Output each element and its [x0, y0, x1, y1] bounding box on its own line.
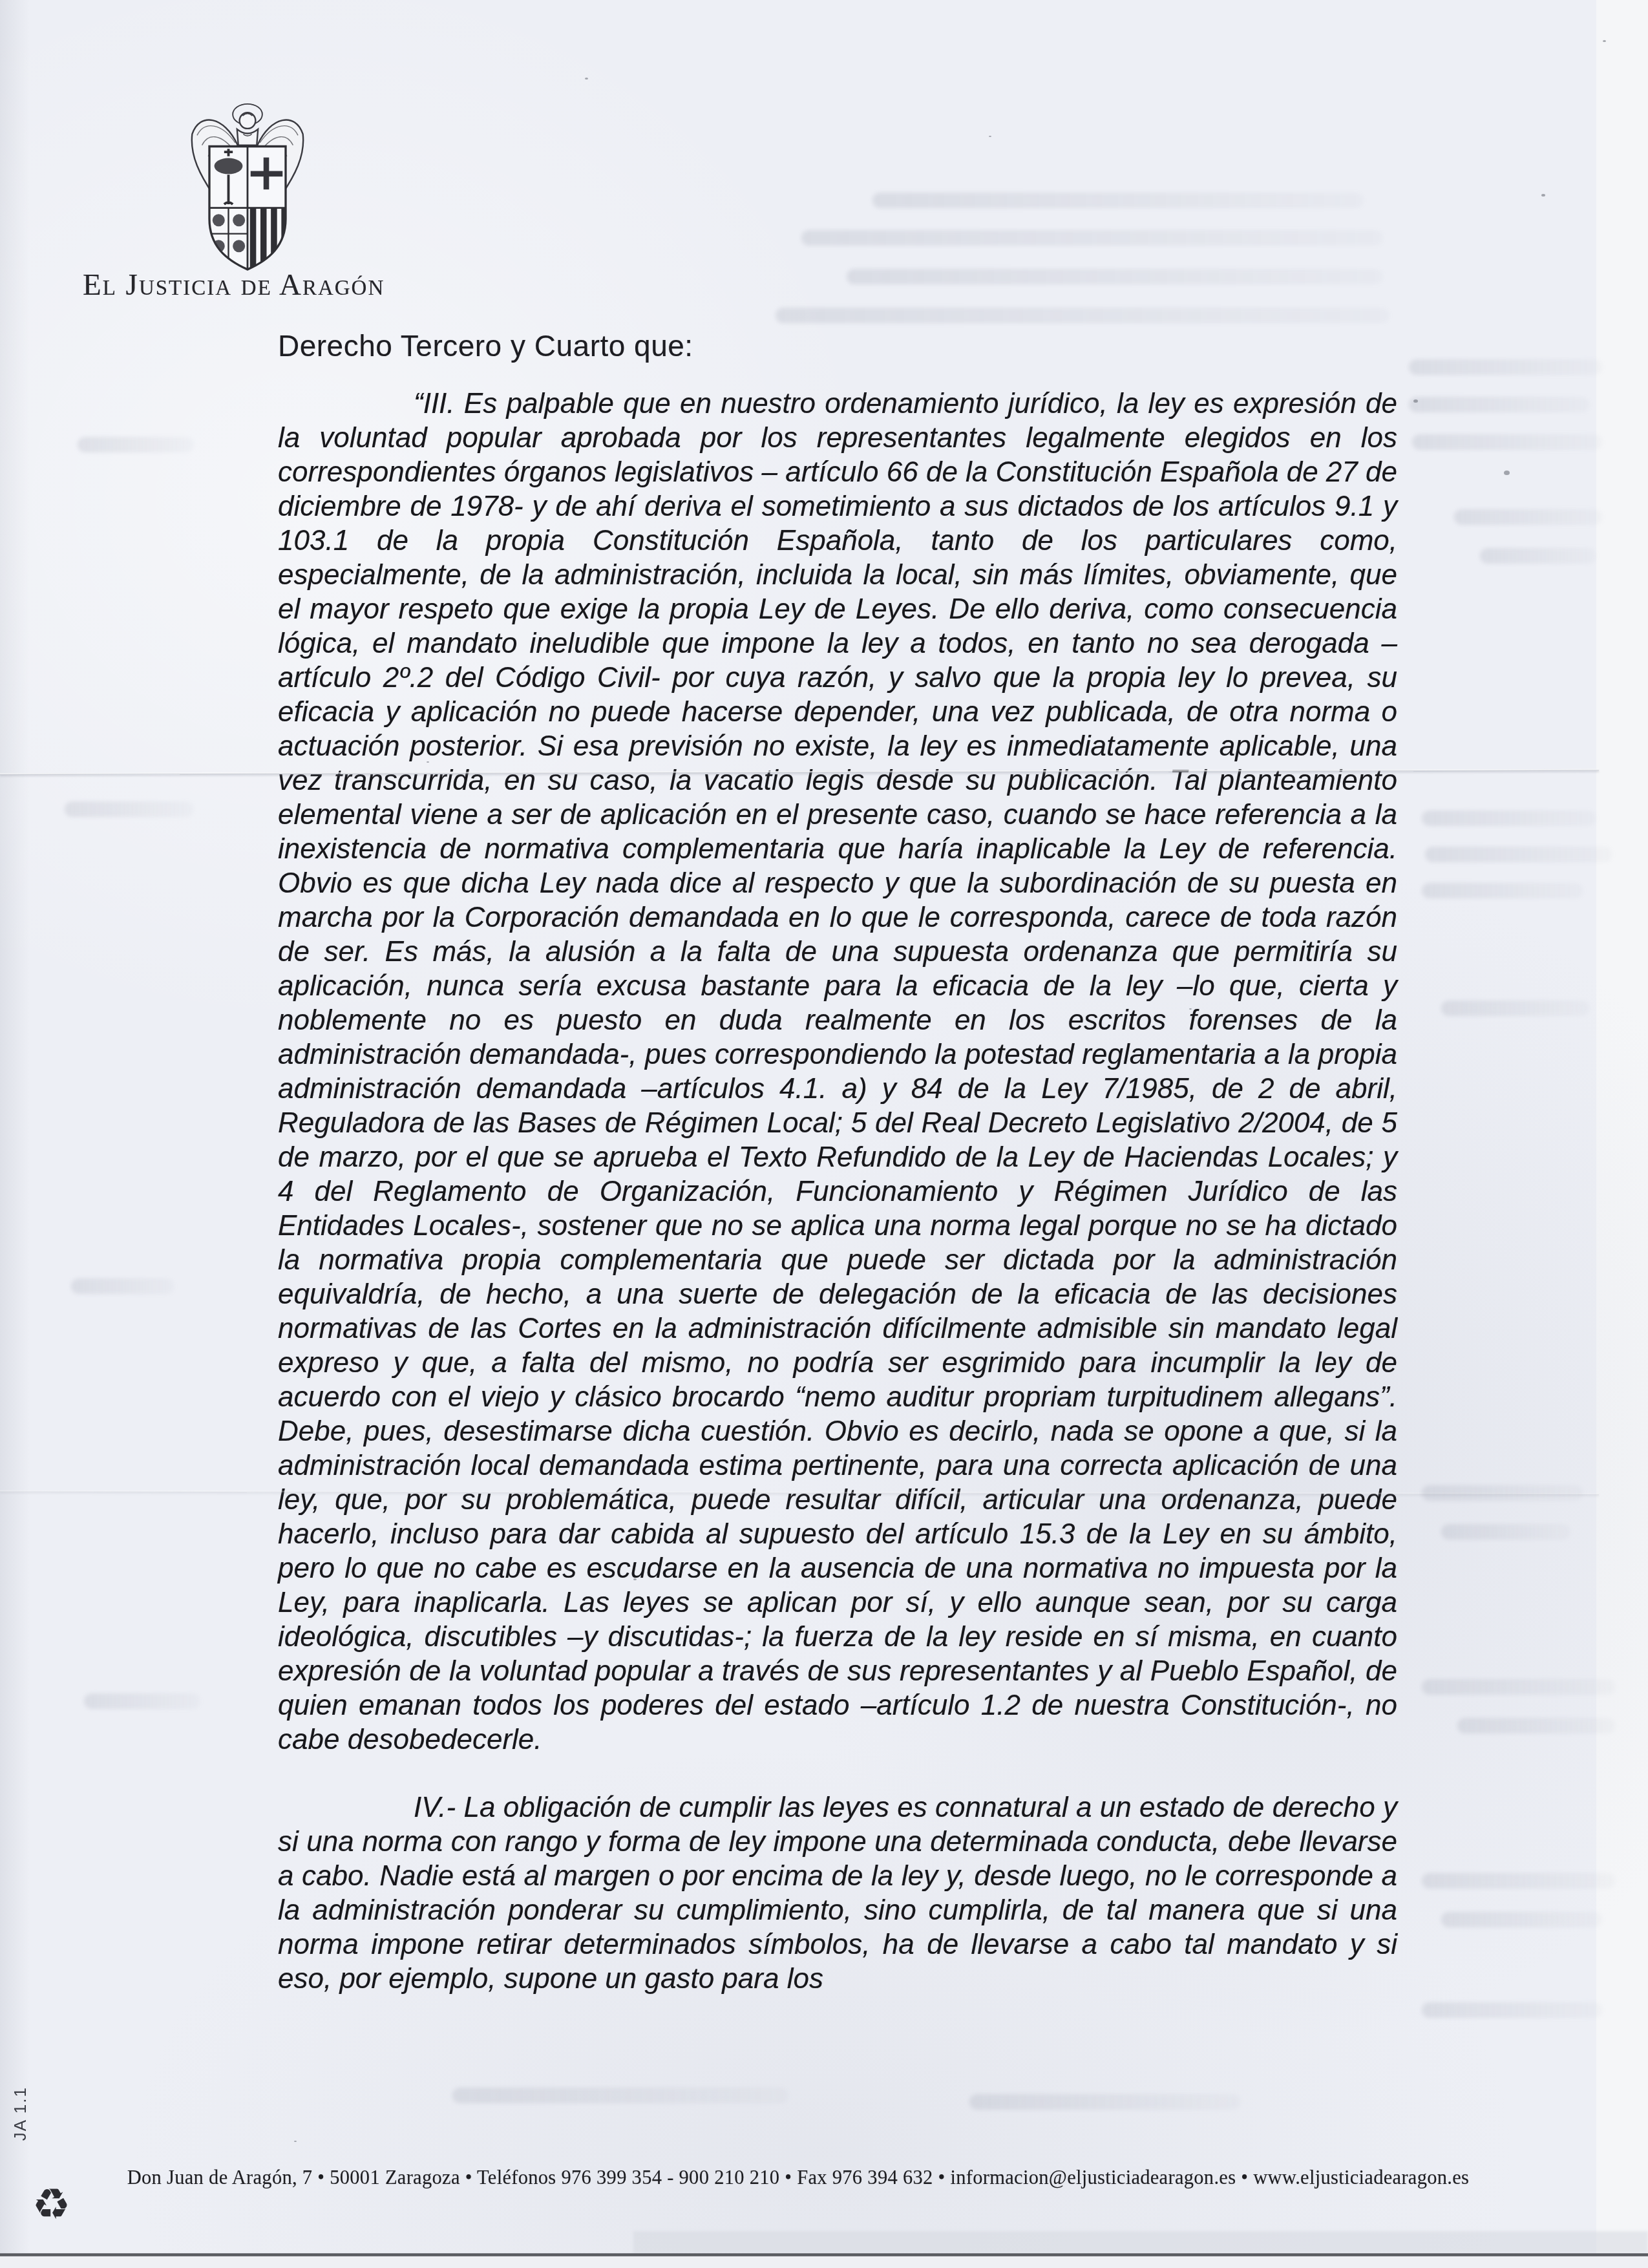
bleed-through-smudge	[65, 801, 194, 817]
bleed-through-smudge	[776, 308, 1389, 323]
scanner-background-strip	[1596, 0, 1648, 2268]
bleed-through-smudge	[1457, 1718, 1616, 1733]
bleed-through-smudge	[847, 269, 1383, 284]
bleed-through-smudge	[1422, 1873, 1616, 1889]
paper-speck	[294, 2141, 297, 2142]
document-body: “III. Es palpable que en nuestro ordenam…	[278, 387, 1397, 1996]
bleed-through-smudge	[1422, 883, 1583, 898]
scanner-background-bottom	[0, 2256, 1648, 2268]
paper-speck	[989, 136, 991, 137]
bleed-through-smudge	[1412, 434, 1603, 450]
bleed-through-smudge	[84, 1693, 200, 1709]
bleed-through-smudge	[78, 437, 194, 452]
bleed-through-smudge	[71, 1278, 174, 1294]
bleed-through-smudge	[1422, 811, 1596, 826]
bleed-through-smudge	[872, 193, 1364, 208]
paper-speck	[1541, 194, 1545, 196]
bleed-through-smudge	[1409, 359, 1603, 375]
bleed-through-smudge	[1441, 1912, 1603, 1927]
paper-speck	[585, 78, 588, 79]
bleed-through-smudge	[452, 2088, 788, 2103]
bleed-through-smudge	[801, 230, 1383, 246]
margin-doc-code: JA 1.1	[10, 2086, 30, 2141]
bleed-through-smudge	[1441, 1524, 1570, 1540]
bleed-through-smudge	[969, 2094, 1241, 2110]
org-wordmark: El Justicia de Aragón	[83, 268, 535, 302]
paragraph-iii: “III. Es palpable que en nuestro ordenam…	[278, 387, 1397, 1757]
paper-speck	[1413, 399, 1418, 403]
bleed-through-smudge	[1480, 548, 1596, 564]
paper-speck	[1189, 1008, 1192, 1010]
bleed-through-smudge	[1422, 1485, 1583, 1501]
scanned-document-page: El Justicia de Aragón Derecho Tercero y …	[0, 0, 1648, 2268]
paper-speck	[633, 1578, 637, 1580]
bleed-through-smudge	[1425, 847, 1612, 862]
paper-speck	[427, 761, 429, 763]
bleed-through-smudge	[1454, 509, 1603, 525]
bleed-through-smudge	[1422, 1679, 1616, 1695]
bleed-through-smudge	[1409, 397, 1590, 412]
bleed-through-smudge	[1441, 1001, 1590, 1016]
coat-of-arms-icon	[184, 102, 311, 281]
bleed-through-smudge	[1422, 2002, 1603, 2018]
paragraph-iv: IV.- La obligación de cumplir las leyes …	[278, 1790, 1397, 1996]
document-heading: Derecho Tercero y Cuarto que:	[278, 328, 1397, 363]
scan-edge-shadow	[633, 2231, 1648, 2253]
paper-speck	[1504, 471, 1510, 475]
footer-address-line: Don Juan de Aragón, 7 • 50001 Zaragoza •…	[0, 2167, 1596, 2189]
recycle-icon: ♻	[32, 2183, 70, 2226]
paper-speck	[1603, 40, 1606, 42]
